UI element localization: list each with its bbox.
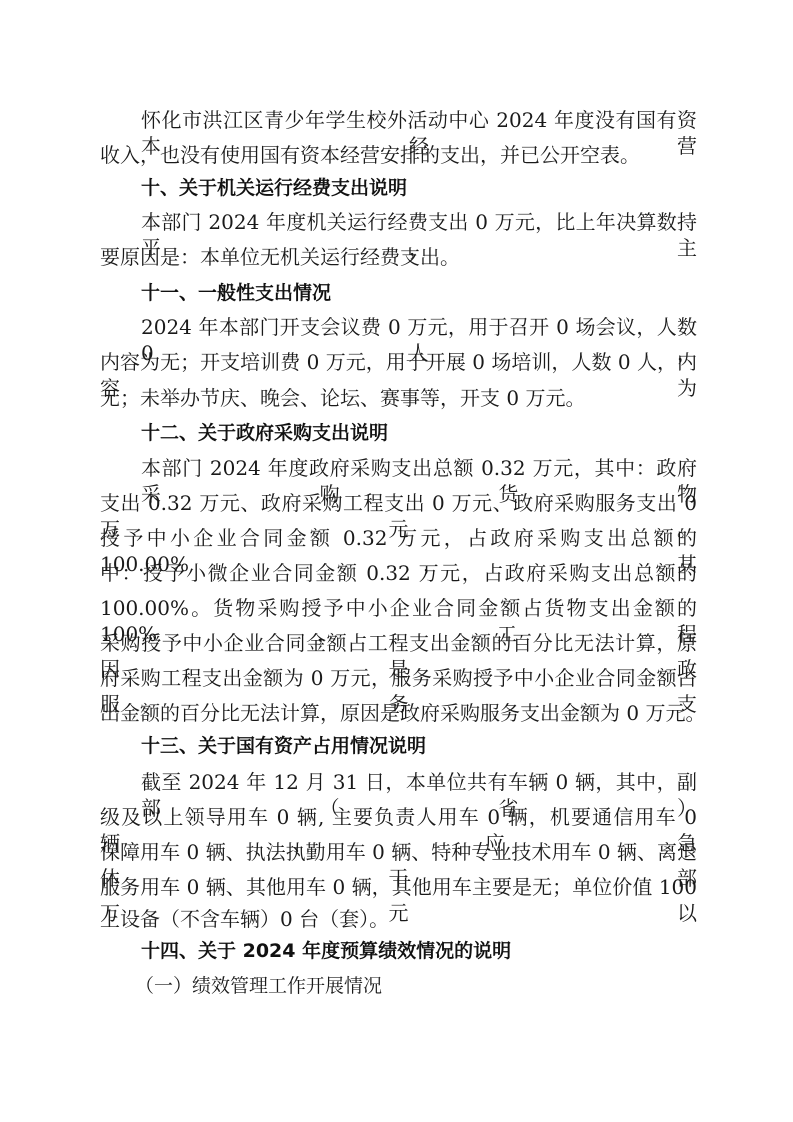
paragraph-assets-line-1: 截至 2024 年 12 月 31 日，本单位共有车辆 0 辆，其中，副部（省） (141, 769, 697, 795)
paragraph-procurement-line-1: 本部门 2024 年度政府采购支出总额 0.32 万元，其中：政府采购货物 (141, 455, 697, 481)
paragraph-state-capital-line-2: 收入，也没有使用国有资本经营安排的支出，并已公开空表。 (100, 142, 697, 168)
subsection-heading-1: （一）绩效管理工作开展情况 (135, 973, 695, 999)
paragraph-general-expense-line-2: 内容为无；开支培训费 0 万元，用于开展 0 场培训，人数 0 人，内容为 (100, 349, 697, 375)
paragraph-procurement-line-6: 采购授予中小企业合同金额占工程支出金额的百分比无法计算，原因是政 (100, 630, 697, 656)
paragraph-procurement-line-4: 中：授予小微企业合同金额 0.32 万元，占政府采购支出总额的 (100, 560, 697, 586)
section-heading-14: 十四、关于 2024 年度预算绩效情况的说明 (141, 938, 697, 964)
paragraph-assets-line-3: 保障用车 0 辆、执法执勤用车 0 辆、特种专业技术用车 0 辆、离退休干部 (100, 839, 697, 865)
paragraph-procurement-line-5: 100.00%。货物采购授予中小企业合同金额占货物支出金额的 100%，工程 (100, 595, 697, 621)
paragraph-assets-line-5: 上设备（不含车辆）0 台（套）。 (100, 906, 697, 932)
paragraph-assets-line-2: 级及以上领导用车 0 辆, 主要负责人用车 0 辆，机要通信用车 0 辆、应急 (100, 804, 697, 830)
paragraph-state-capital-line-1: 怀化市洪江区青少年学生校外活动中心 2024 年度没有国有资本经营 (141, 107, 697, 133)
paragraph-procurement-line-3: 授予中小企业合同金额 0.32 万元，占政府采购支出总额的 100.00%，其 (100, 525, 697, 551)
section-heading-11: 十一、一般性支出情况 (141, 280, 697, 306)
document-page: 怀化市洪江区青少年学生校外活动中心 2024 年度没有国有资本经营 收入，也没有… (0, 0, 793, 1122)
paragraph-procurement-line-8: 出金额的百分比无法计算，原因是政府采购服务支出金额为 0 万元。 (100, 700, 697, 726)
section-heading-10: 十、关于机关运行经费支出说明 (141, 175, 697, 201)
paragraph-procurement-line-7: 府采购工程支出金额为 0 万元，服务采购授予中小企业合同金额占服务支 (100, 665, 697, 691)
paragraph-procurement-line-2: 支出 0.32 万元、政府采购工程支出 0 万元、政府采购服务支出 0 万元。 (100, 490, 697, 516)
paragraph-assets-line-4: 服务用车 0 辆、其他用车 0 辆，其他用车主要是无；单位价值 100 万元以 (100, 874, 697, 900)
section-heading-13: 十三、关于国有资产占用情况说明 (141, 733, 697, 759)
paragraph-operating-expense-line-2: 要原因是：本单位无机关运行经费支出。 (100, 244, 697, 270)
section-heading-12: 十二、关于政府采购支出说明 (141, 420, 697, 446)
paragraph-general-expense-line-1: 2024 年本部门开支会议费 0 万元，用于召开 0 场会议，人数 0 人， (141, 314, 697, 340)
paragraph-general-expense-line-3: 无；未举办节庆、晚会、论坛、赛事等，开支 0 万元。 (100, 385, 697, 411)
paragraph-operating-expense-line-1: 本部门 2024 年度机关运行经费支出 0 万元，比上年决算数持平，主 (141, 209, 697, 235)
